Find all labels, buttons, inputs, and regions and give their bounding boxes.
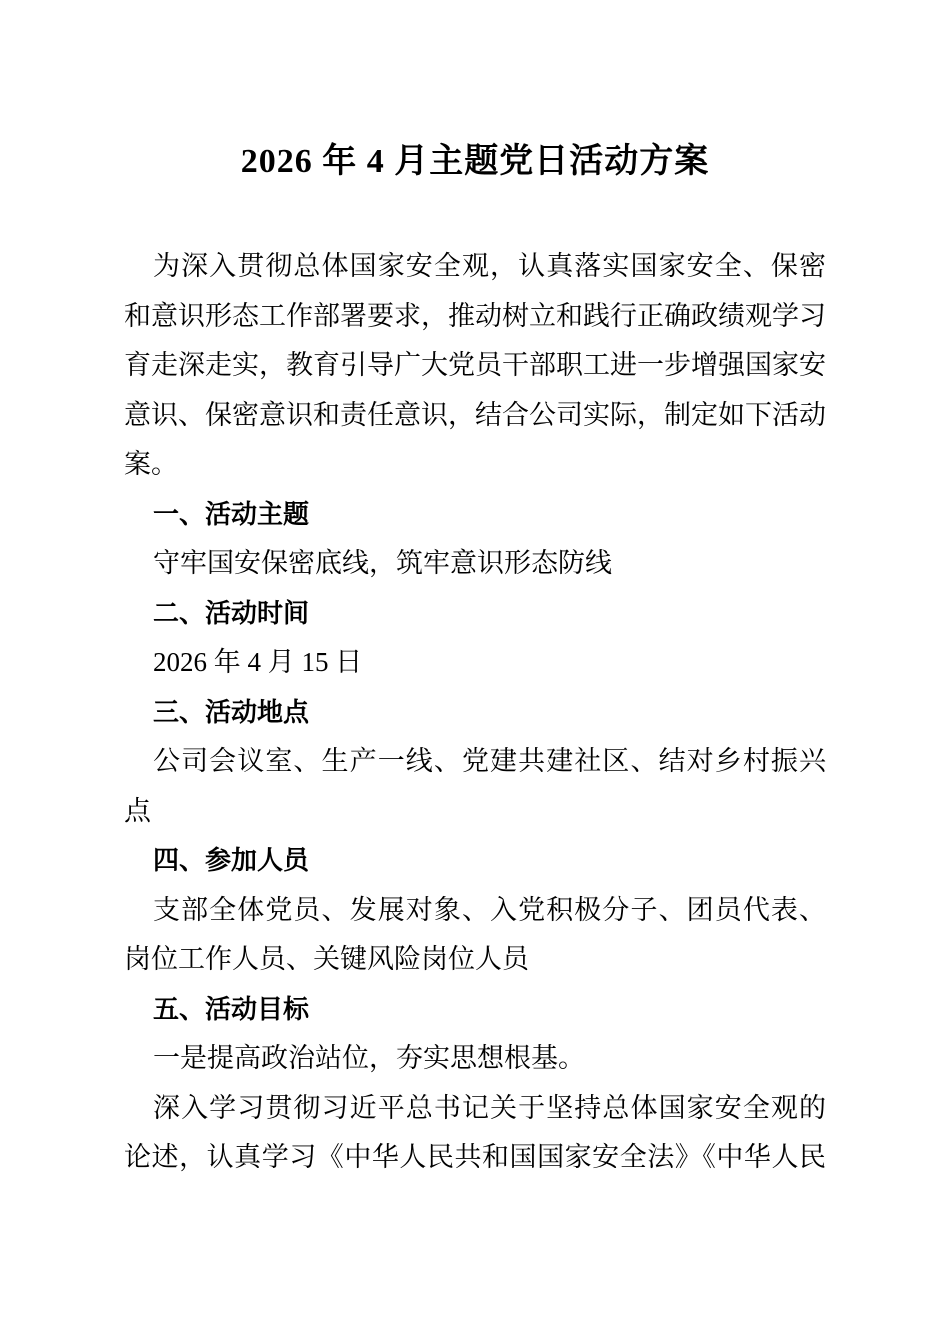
section-heading: 三、活动地点	[124, 688, 826, 738]
text-line: 为深入贯彻总体国家安全观，认真落实国家安全、保密工作	[124, 242, 826, 292]
text-line: 论述，认真学习《中华人民共和国国家安全法》《中华人民共	[124, 1133, 826, 1183]
text-line: 意识、保密意识和责任意识，结合公司实际，制定如下活动方	[124, 391, 826, 441]
section-heading: 五、活动目标	[124, 985, 826, 1035]
text-line: 支部全体党员、发展对象、入党积极分子、团员代表、涉密	[124, 886, 826, 936]
text-line: 和意识形态工作部署要求，推动树立和践行正确政绩观学习教	[124, 292, 826, 342]
document-page: 2026 年 4 月主题党日活动方案 为深入贯彻总体国家安全观，认真落实国家安全…	[0, 0, 950, 1344]
text-line: 岗位工作人员、关键风险岗位人员	[124, 935, 826, 985]
document-title: 2026 年 4 月主题党日活动方案	[124, 132, 826, 192]
text-line: 深入学习贯彻习近平总书记关于坚持总体国家安全观的重要	[124, 1084, 826, 1134]
text-line: 育走深走实，教育引导广大党员干部职工进一步增强国家安全	[124, 341, 826, 391]
document-body: 为深入贯彻总体国家安全观，认真落实国家安全、保密工作和意识形态工作部署要求，推动…	[124, 242, 826, 1183]
section-heading: 四、参加人员	[124, 836, 826, 886]
section-heading: 二、活动时间	[124, 589, 826, 639]
text-line: 一是提高政治站位，夯实思想根基。	[124, 1034, 826, 1084]
text-line: 守牢国安保密底线，筑牢意识形态防线	[124, 539, 826, 589]
section-heading: 一、活动主题	[124, 490, 826, 540]
text-line: 案。	[124, 440, 826, 490]
text-line: 2026 年 4 月 15 日	[124, 638, 826, 688]
text-line: 公司会议室、生产一线、党建共建社区、结对乡村振兴联系	[124, 737, 826, 787]
text-line: 点	[124, 787, 826, 837]
